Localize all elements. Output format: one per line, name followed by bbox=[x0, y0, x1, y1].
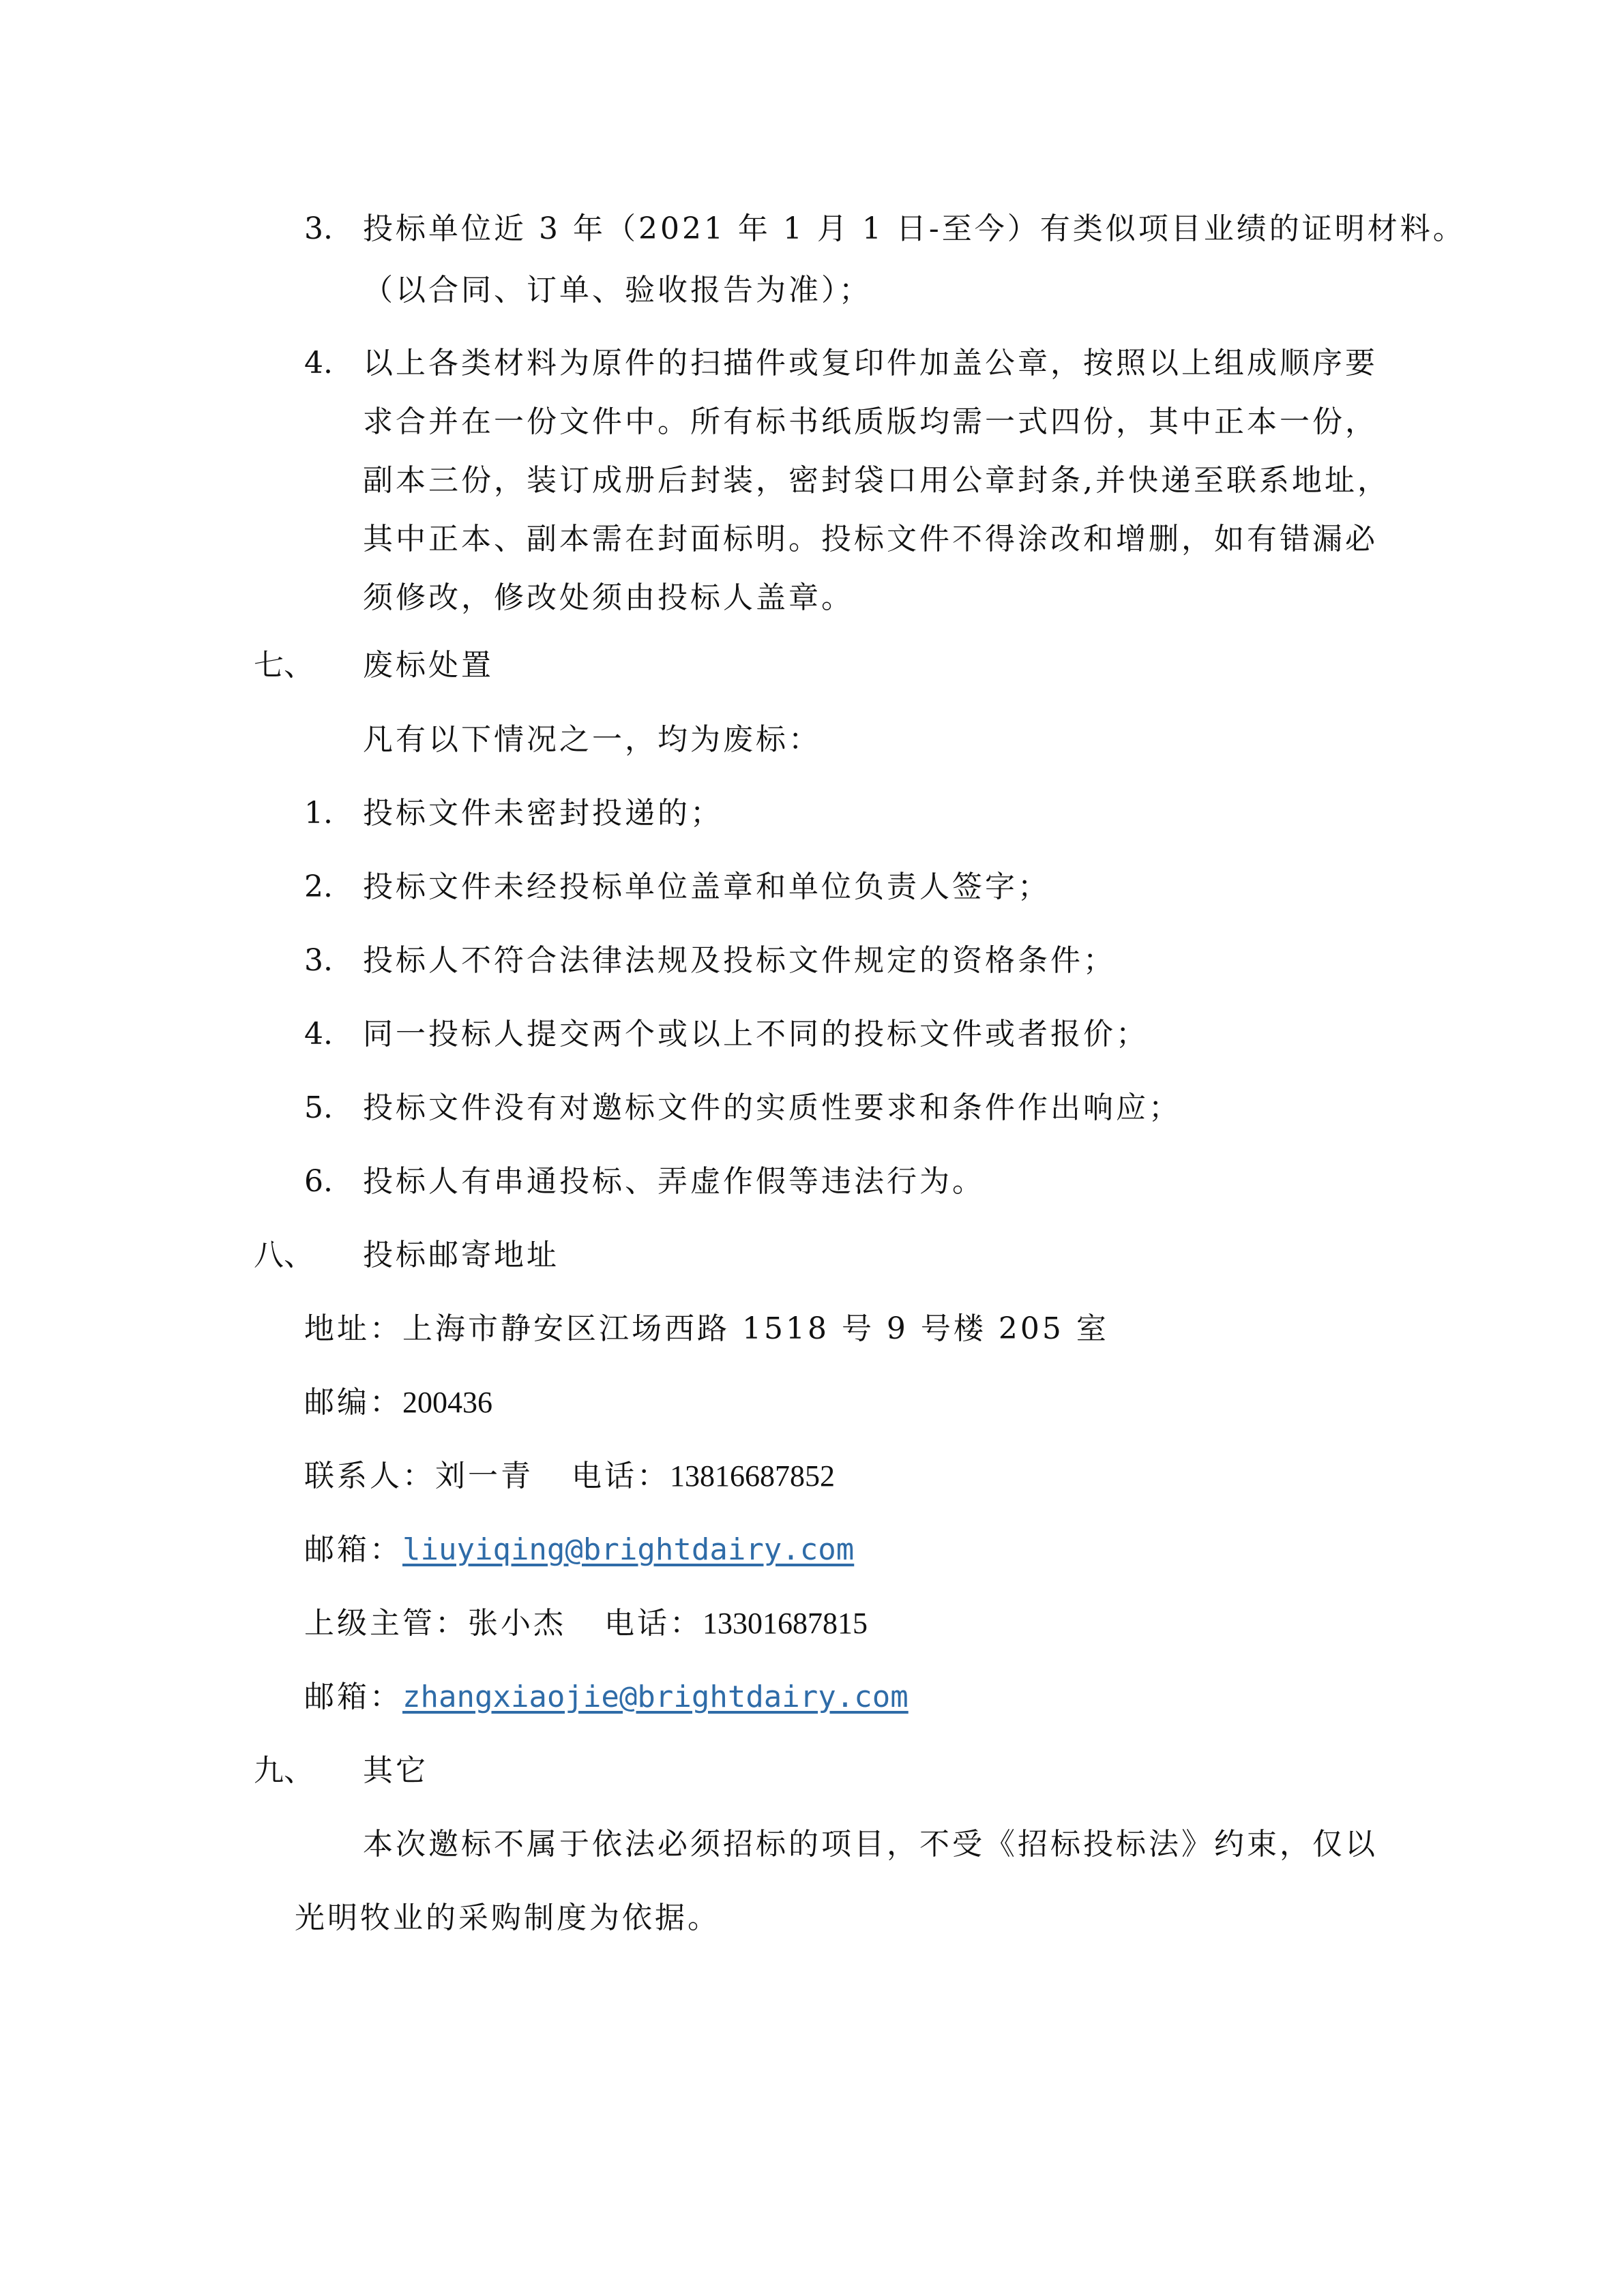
document-page: 3. 投标单位近 3 年（2021 年 1 月 1 日-至今）有类似项目业绩的证… bbox=[0, 0, 1624, 2296]
address-value: 上海市静安区江场西路 1518 号 9 号楼 205 室 bbox=[402, 1311, 1109, 1346]
supervisor-phone-label: 电话： bbox=[604, 1606, 703, 1641]
address-label: 地址： bbox=[304, 1311, 402, 1346]
contact-email-label: 邮箱： bbox=[304, 1532, 402, 1567]
list-item-text: 投标人有串通投标、弄虚作假等违法行为。 bbox=[363, 1163, 985, 1201]
contact-label: 联系人： bbox=[304, 1459, 435, 1493]
item-text-line: 以上各类材料为原件的扫描件或复印件加盖公章，按照以上组成顺序要 bbox=[363, 344, 1378, 383]
item-number: 4. bbox=[304, 344, 333, 383]
supervisor-email-label: 邮箱： bbox=[304, 1680, 402, 1714]
list-item-text: 投标文件没有对邀标文件的实质性要求和条件作出响应； bbox=[363, 1089, 1181, 1127]
supervisor-name: 张小杰 bbox=[468, 1606, 566, 1641]
contact-line: 联系人：刘一青电话：13816687852 bbox=[304, 1457, 835, 1495]
paragraph-line: 光明牧业的采购制度为依据。 bbox=[295, 1899, 720, 1937]
contact-name: 刘一青 bbox=[435, 1459, 533, 1493]
section-title: 投标邮寄地址 bbox=[363, 1236, 559, 1274]
item-number: 1. bbox=[304, 794, 333, 833]
address-line: 地址：上海市静安区江场西路 1518 号 9 号楼 205 室 bbox=[304, 1310, 1109, 1348]
item-number: 3. bbox=[304, 942, 333, 980]
section-title: 废标处置 bbox=[363, 646, 494, 685]
contact-phone-label: 电话： bbox=[572, 1459, 670, 1493]
item-text-line: 求合并在一份文件中。所有标书纸质版均需一式四份，其中正本一份， bbox=[363, 403, 1378, 441]
contact-phone: 13816687852 bbox=[670, 1459, 835, 1493]
list-item-text: 投标文件未经投标单位盖章和单位负责人签字； bbox=[363, 868, 1050, 906]
section-numeral: 七、 bbox=[254, 646, 314, 685]
postcode-label: 邮编： bbox=[304, 1385, 402, 1420]
item-number: 4. bbox=[304, 1015, 333, 1054]
section-title: 其它 bbox=[363, 1752, 428, 1790]
item-number: 3. bbox=[304, 210, 333, 248]
contact-email-link[interactable]: liuyiqing@brightdairy.com bbox=[402, 1532, 854, 1567]
list-item-text: 同一投标人提交两个或以上不同的投标文件或者报价； bbox=[363, 1015, 1149, 1054]
contact-email-line: 邮箱：liuyiqing@brightdairy.com bbox=[304, 1531, 854, 1569]
item-number: 2. bbox=[304, 868, 333, 906]
section-numeral: 九、 bbox=[254, 1752, 314, 1790]
paragraph-line: 本次邀标不属于依法必须招标的项目，不受《招标投标法》约束，仅以 bbox=[363, 1825, 1378, 1864]
postcode-value: 200436 bbox=[402, 1386, 492, 1419]
supervisor-email-line: 邮箱：zhangxiaojie@brightdairy.com bbox=[304, 1678, 909, 1716]
supervisor-email-link[interactable]: zhangxiaojie@brightdairy.com bbox=[402, 1680, 909, 1714]
supervisor-phone: 13301687815 bbox=[703, 1607, 868, 1640]
item-text-line: 副本三份，装订成册后封装，密封袋口用公章封条,并快递至联系地址， bbox=[363, 462, 1390, 500]
supervisor-label: 上级主管： bbox=[304, 1606, 468, 1641]
item-text-line: （以合同、订单、验收报告为准）； bbox=[363, 271, 872, 310]
section-numeral: 八、 bbox=[254, 1236, 314, 1274]
supervisor-line: 上级主管：张小杰电话：13301687815 bbox=[304, 1605, 868, 1643]
item-text-line: 须修改，修改处须由投标人盖章。 bbox=[363, 579, 854, 617]
section-intro: 凡有以下情况之一，均为废标： bbox=[363, 721, 821, 759]
item-number: 5. bbox=[304, 1089, 333, 1127]
list-item-text: 投标人不符合法律法规及投标文件规定的资格条件； bbox=[363, 942, 1116, 980]
item-text-line: 其中正本、副本需在封面标明。投标文件不得涂改和增删，如有错漏必 bbox=[363, 520, 1378, 558]
item-text-line: 投标单位近 3 年（2021 年 1 月 1 日-至今）有类似项目业绩的证明材料… bbox=[363, 210, 1466, 248]
item-number: 6. bbox=[304, 1163, 333, 1201]
list-item-text: 投标文件未密封投递的； bbox=[363, 794, 723, 833]
postcode-line: 邮编：200436 bbox=[304, 1384, 492, 1422]
